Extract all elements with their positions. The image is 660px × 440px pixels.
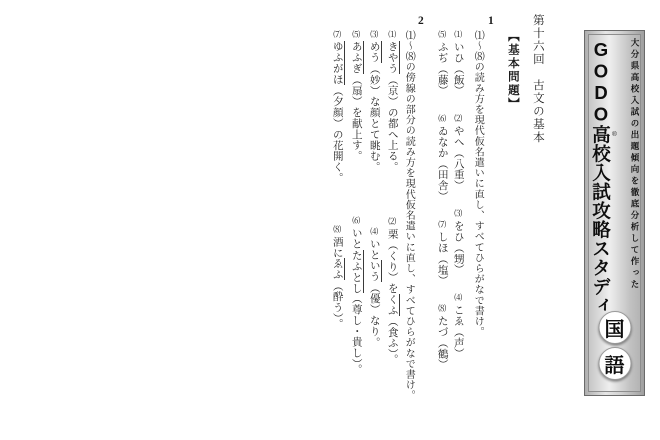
item-label: ⑹ [438, 114, 447, 122]
item-label: ⑷ [454, 293, 463, 301]
item-text: （尊し・貴し）。 [351, 293, 362, 375]
problem-2-item-4: ⑷いという（優）なり。 [369, 227, 380, 347]
problem-2-item-6: ⑹いとたふとし（尊し・貴し）。 [351, 216, 362, 375]
underlined-text: ゑふ [332, 258, 346, 280]
subject-badge-circle-1: 国 [598, 311, 631, 344]
subject-badge-circle-2: 語 [598, 347, 631, 380]
problem-2-item-5: ⑸あふぎ（扇）を献上す。 [351, 30, 362, 161]
problem-1-statement: ⑴～⑻の読み方を現代仮名遣いに直し、すべてひらがなで書け。 [472, 30, 483, 337]
banner-tagline: 大分県高校入試の出題傾向を徹底分析して作った [631, 38, 640, 291]
problem-2-items-col-3: ⑸あふぎ（扇）を献上す。⑹いとたふとし（尊し・貴し）。 [350, 30, 362, 375]
item-label: ⑺ [438, 220, 447, 228]
problem-2-statement: ⑴～⑻の傍線の部分の読み方を現代仮名遣いに直し、すべてひらがなで書け。 [403, 30, 414, 401]
problem-1-item-2: ⑵やへ（八重） [453, 114, 464, 191]
item-label: ⑴ [388, 30, 397, 38]
item-text: をひ（甥） [453, 220, 464, 275]
item-text: やへ（八重） [453, 125, 464, 190]
item-text: ゐなか（田舎） [437, 125, 448, 201]
problem-1-item-3: ⑶をひ（甥） [453, 209, 464, 275]
problem-1-item-4: ⑷こゑ（声） [453, 293, 464, 359]
problem-2-item-1: ⑴きやう（京）の都へ上る。 [387, 30, 398, 172]
underlined-text: きやう [387, 41, 401, 74]
item-text: （酔う）。 [332, 280, 343, 329]
item-text: しほ（塩） [437, 231, 448, 286]
problem-2-item-2: ⑵栗（くり）をくふ（食ふ）。 [387, 217, 398, 365]
problem-2-items-col-1: ⑴きやう（京）の都へ上る。⑵栗（くり）をくふ（食ふ）。 [386, 30, 398, 365]
item-text: たづ（鶴） [437, 315, 448, 370]
problem-2-item-7: ⑺ゆふがほ（夕顔）の花開く。 [332, 30, 343, 183]
item-label: ⑹ [352, 216, 361, 224]
registered-trademark-icon: ® [612, 131, 617, 138]
item-text: 栗（くり）を [387, 229, 398, 294]
item-text: （夕顔）の花開く。 [332, 85, 343, 183]
item-text: （食ふ）。 [387, 316, 398, 365]
underlined-text: くふ [387, 294, 401, 316]
item-text: （妙）な顔とて眺む。 [369, 63, 380, 172]
problem-1-item-8: ⑻たづ（鶴） [437, 304, 448, 370]
problem-1-number: 1 [484, 15, 497, 27]
problem-2-item-3: ⑶めう（妙）な顔とて眺む。 [369, 30, 380, 172]
problem-1-item-5: ⑸ふぢ（藤） [437, 30, 448, 96]
problem-1-item-6: ⑹ゐなか（田舎） [437, 114, 448, 202]
problem-2-items-col-4: ⑺ゆふがほ（夕顔）の花開く。⑻酒にゑふ（酔う）。 [331, 30, 343, 329]
problem-2-items-col-2: ⑶めう（妙）な顔とて眺む。⑷いという（優）なり。 [368, 30, 380, 348]
item-text: （京）の都へ上る。 [387, 74, 398, 172]
worksheet-page: 第十六回 古文の基本 【基本問題】 1 ⑴～⑻の読み方を現代仮名遣いに直し、すべ… [0, 0, 660, 440]
item-label: ⑺ [333, 30, 342, 38]
item-label: ⑶ [370, 30, 379, 38]
underlined-text: あふぎ [351, 41, 365, 74]
item-text: 酒に [332, 237, 343, 259]
item-label: ⑸ [352, 30, 361, 38]
underlined-text: めう [369, 41, 383, 63]
underlined-text: たふとし [351, 250, 365, 294]
item-label: ⑶ [454, 209, 463, 217]
item-text: （扇）を献上す。 [351, 74, 362, 161]
underlined-text: いう [369, 260, 383, 282]
item-label: ⑵ [454, 114, 463, 122]
underlined-text: ゆふがほ [332, 41, 346, 85]
item-text: ふぢ（藤） [437, 41, 448, 96]
problem-2-number: 2 [414, 15, 427, 27]
banner-inner-frame: 大分県高校入試の出題傾向を徹底分析して作った GODO高校入試攻略スタディ ® … [588, 34, 641, 392]
item-label: ⑻ [438, 304, 447, 312]
problem-2-item-8: ⑻酒にゑふ（酔う）。 [332, 225, 343, 329]
item-label: ⑷ [370, 227, 379, 235]
item-text: （優）なり。 [369, 282, 380, 347]
item-text: いと [369, 239, 380, 261]
item-label: ⑸ [438, 30, 447, 38]
problem-1-items-col-1: ⑴いひ（飯）⑵やへ（八重）⑶をひ（甥）⑷こゑ（声） [452, 30, 464, 359]
item-label: ⑴ [454, 30, 463, 38]
section-title: 【基本問題】 [506, 30, 519, 111]
item-text: こゑ（声） [453, 304, 464, 359]
problem-1-item-7: ⑺しほ（塩） [437, 220, 448, 286]
problem-1-items-col-2: ⑸ふぢ（藤）⑹ゐなか（田舎）⑺しほ（塩）⑻たづ（鶴） [436, 30, 448, 369]
problem-1-item-1: ⑴いひ（飯） [453, 30, 464, 96]
item-text: いひ（飯） [453, 41, 464, 96]
banner-title: GODO高校入試攻略スタディ [591, 39, 610, 315]
item-label: ⑻ [333, 225, 342, 233]
item-label: ⑵ [388, 217, 397, 225]
item-text: いと [351, 228, 362, 250]
study-series-banner: 大分県高校入試の出題傾向を徹底分析して作った GODO高校入試攻略スタディ ® … [584, 30, 645, 396]
lesson-header: 第十六回 古文の基本 [531, 14, 544, 144]
